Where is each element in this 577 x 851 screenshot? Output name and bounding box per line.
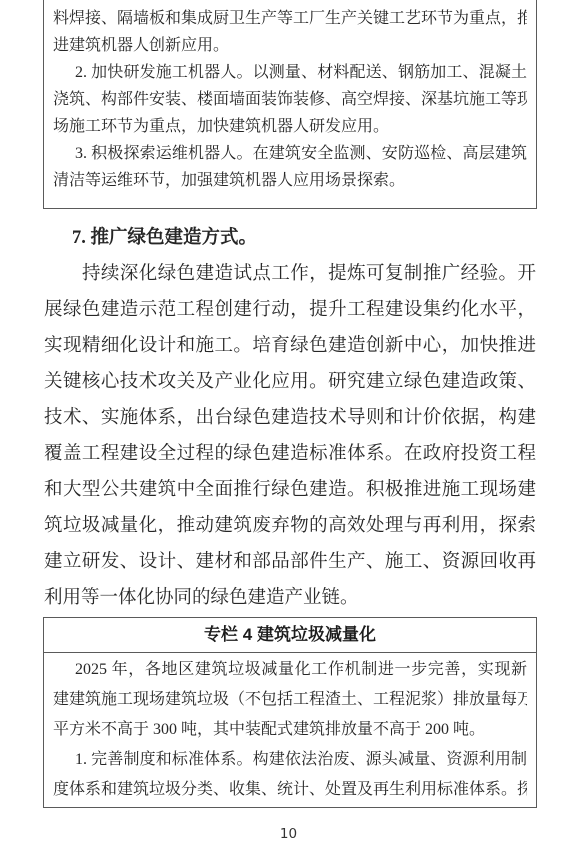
text-line: 场施工环节为重点，加快建筑机器人研发应用。: [53, 113, 527, 140]
text-line: 清洁等运维环节，加强建筑机器人应用场景探索。: [53, 167, 527, 194]
text-line: 度体系和建筑垃圾分类、收集、统计、处置及再生利用标准体系。探: [53, 775, 527, 805]
section-heading: 7. 推广绿色建造方式。: [44, 220, 536, 256]
text-line: 利用等一体化协同的绿色建造产业链。: [44, 580, 536, 616]
text-line: 展绿色建造示范工程创建行动，提升工程建设集约化水平，: [44, 292, 536, 328]
text-line: 建建筑施工现场建筑垃圾（不包括工程渣土、工程泥浆）排放量每万: [53, 685, 527, 715]
callout-box-waste-reduction: 专栏 4 建筑垃圾减量化 2025 年，各地区建筑垃圾减量化工作机制进一步完善，…: [43, 617, 537, 808]
text-line: 建立研发、设计、建材和部品部件生产、施工、资源回收再: [44, 544, 536, 580]
page-number: 10: [0, 826, 577, 842]
text-line: 筑垃圾减量化，推动建筑废弃物的高效处理与再利用，探索: [44, 508, 536, 544]
text-line: 平方米不高于 300 吨，其中装配式建筑排放量不高于 200 吨。: [53, 715, 527, 745]
callout-box-construction-robots: 料焊接、隔墙板和集成厨卫生产等工厂生产关键工艺环节为重点，推 进建筑机器人创新应…: [43, 0, 537, 209]
section-green-construction: 7. 推广绿色建造方式。 持续深化绿色建造试点工作，提炼可复制推广经验。开 展绿…: [44, 220, 536, 616]
text-line: 1. 完善制度和标准体系。构建依法治废、源头减量、资源利用制: [53, 745, 527, 775]
text-line: 覆盖工程建设全过程的绿色建造标准体系。在政府投资工程: [44, 436, 536, 472]
text-line: 技术、实施体系，出台绿色建造技术导则和计价依据，构建: [44, 400, 536, 436]
text-line: 3. 积极探索运维机器人。在建筑安全监测、安防巡检、高层建筑: [53, 140, 527, 167]
callout-box-body: 2025 年，各地区建筑垃圾减量化工作机制进一步完善，实现新 建建筑施工现场建筑…: [44, 653, 536, 807]
text-line: 和大型公共建筑中全面推行绿色建造。积极推进施工现场建: [44, 472, 536, 508]
text-line: 浇筑、构部件安装、楼面墙面装饰装修、高空焊接、深基坑施工等现: [53, 86, 527, 113]
callout-box-title: 专栏 4 建筑垃圾减量化: [44, 618, 536, 653]
text-line: 2. 加快研发施工机器人。以测量、材料配送、钢筋加工、混凝土: [53, 59, 527, 86]
text-line: 料焊接、隔墙板和集成厨卫生产等工厂生产关键工艺环节为重点，推: [53, 5, 527, 32]
text-line: 持续深化绿色建造试点工作，提炼可复制推广经验。开: [44, 256, 536, 292]
document-page: 料焊接、隔墙板和集成厨卫生产等工厂生产关键工艺环节为重点，推 进建筑机器人创新应…: [0, 0, 577, 851]
text-line: 实现精细化设计和施工。培育绿色建造创新中心，加快推进: [44, 328, 536, 364]
text-line: 关键核心技术攻关及产业化应用。研究建立绿色建造政策、: [44, 364, 536, 400]
text-line: 进建筑机器人创新应用。: [53, 32, 527, 59]
text-line: 2025 年，各地区建筑垃圾减量化工作机制进一步完善，实现新: [53, 655, 527, 685]
